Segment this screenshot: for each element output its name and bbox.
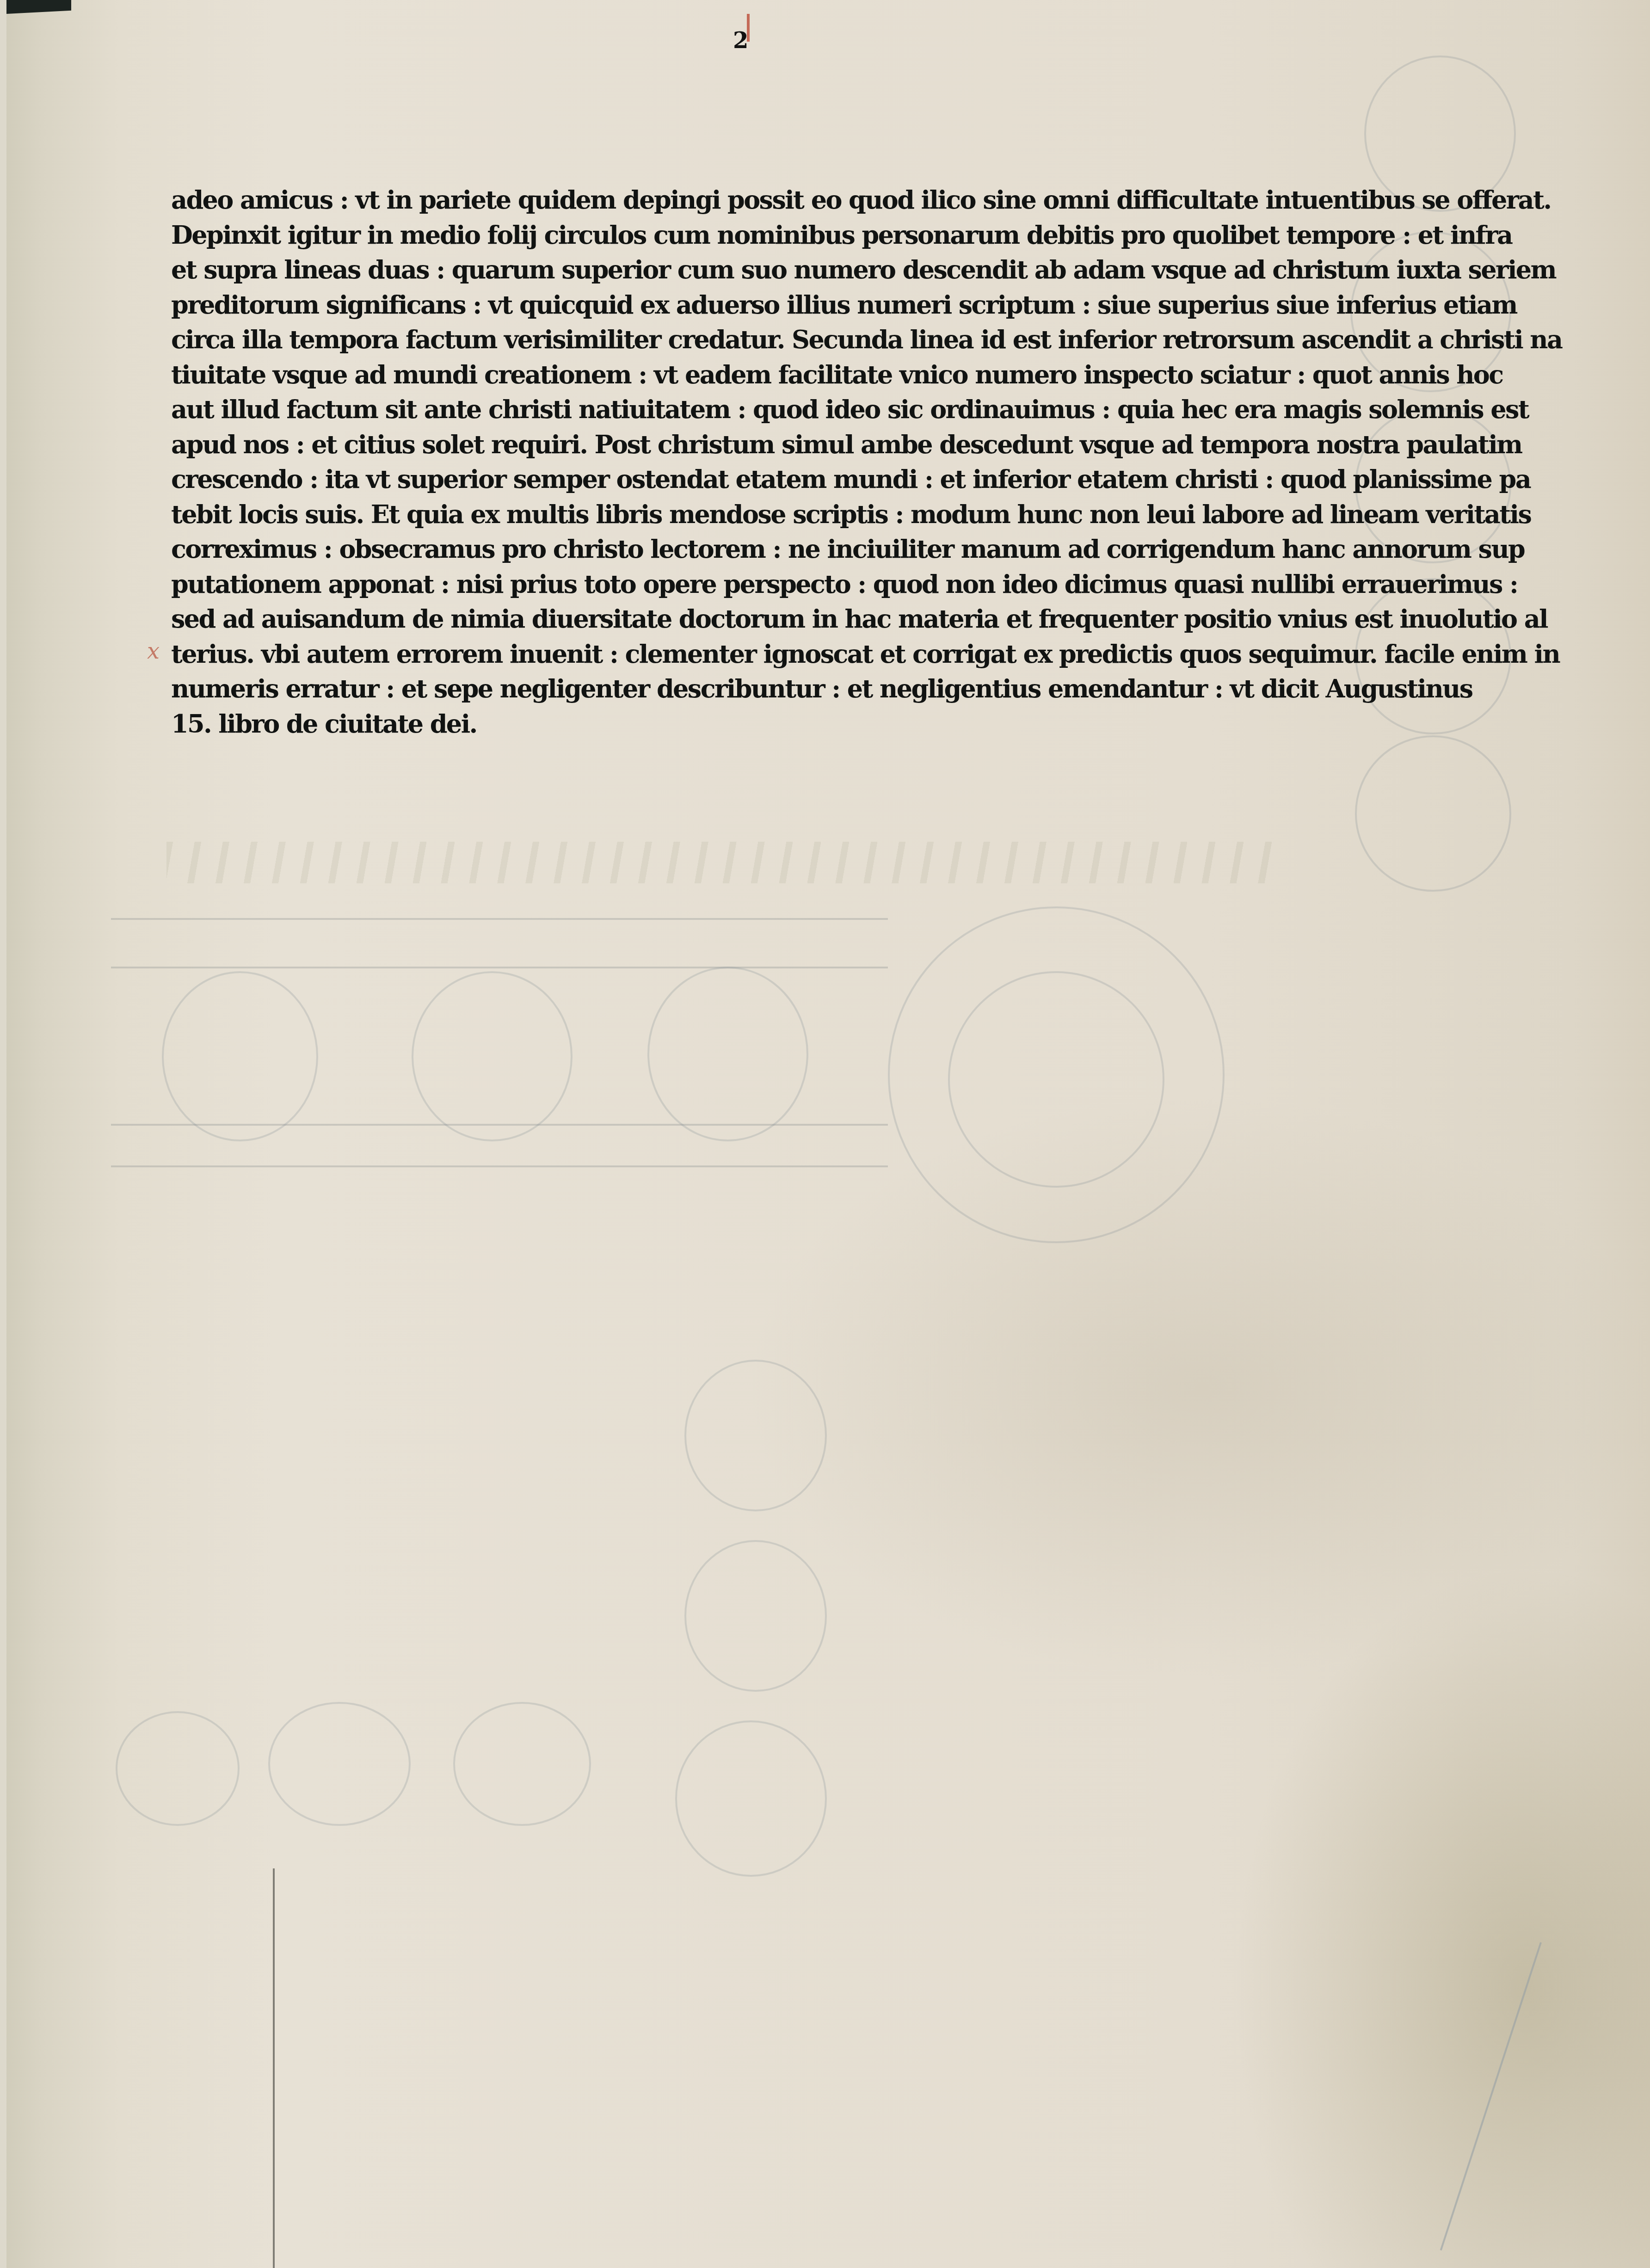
text-line: tiuitate vsque ad mundi creationem : vt … [171, 357, 1309, 393]
text-line: tebit locis suis. Et quia ex multis libr… [171, 497, 1309, 532]
show-through-circle [162, 971, 318, 1141]
show-through-rule [111, 918, 888, 920]
signature-mark: 2 [733, 28, 748, 54]
show-through-circle [453, 1702, 591, 1826]
text-line: sed ad auisandum de nimia diuersitate do… [171, 602, 1309, 637]
show-through-circle [684, 1540, 827, 1692]
text-line: numeris erratur : et sepe negligenter de… [171, 672, 1309, 707]
text-line: putationem apponat : nisi prius toto ope… [171, 567, 1309, 602]
text-line: crescendo : ita vt superior semper osten… [171, 462, 1309, 497]
text-line: apud nos : et citius solet requiri. Post… [171, 427, 1309, 462]
show-through-circle [116, 1711, 240, 1826]
text-line: Depinxit igitur in medio folij circulos … [171, 218, 1309, 253]
show-through-rule [111, 1165, 888, 1167]
text-line: circa illa tempora factum verisimiliter … [171, 322, 1309, 357]
paper-crack [273, 1868, 275, 2268]
show-through-circle [1355, 735, 1511, 892]
text-line: aut illud factum sit ante christi natiui… [171, 392, 1309, 427]
text-line: correximus : obsecramus pro christo lect… [171, 532, 1309, 567]
show-through-rule [111, 967, 888, 968]
show-through-circle [684, 1360, 827, 1511]
body-text: adeo amicus : vt in pariete quidem depin… [171, 183, 1309, 741]
binding-edge [0, 0, 6, 2268]
show-through-circle [948, 971, 1164, 1188]
marginal-note: x [147, 638, 160, 664]
show-through-circle [412, 971, 573, 1141]
text-line: 15. libro de ciuitate dei. [171, 707, 1309, 742]
show-through-handwriting [166, 842, 1276, 883]
text-line: preditorum significans : vt quicquid ex … [171, 288, 1309, 323]
show-through-circle [268, 1702, 411, 1826]
show-through-circle [675, 1720, 827, 1877]
text-line: et supra lineas duas : quarum superior c… [171, 253, 1309, 288]
text-line: adeo amicus : vt in pariete quidem depin… [171, 183, 1309, 218]
text-line: terius. vbi autem errorem inuenit : clem… [171, 637, 1309, 672]
show-through-circle [647, 967, 808, 1141]
